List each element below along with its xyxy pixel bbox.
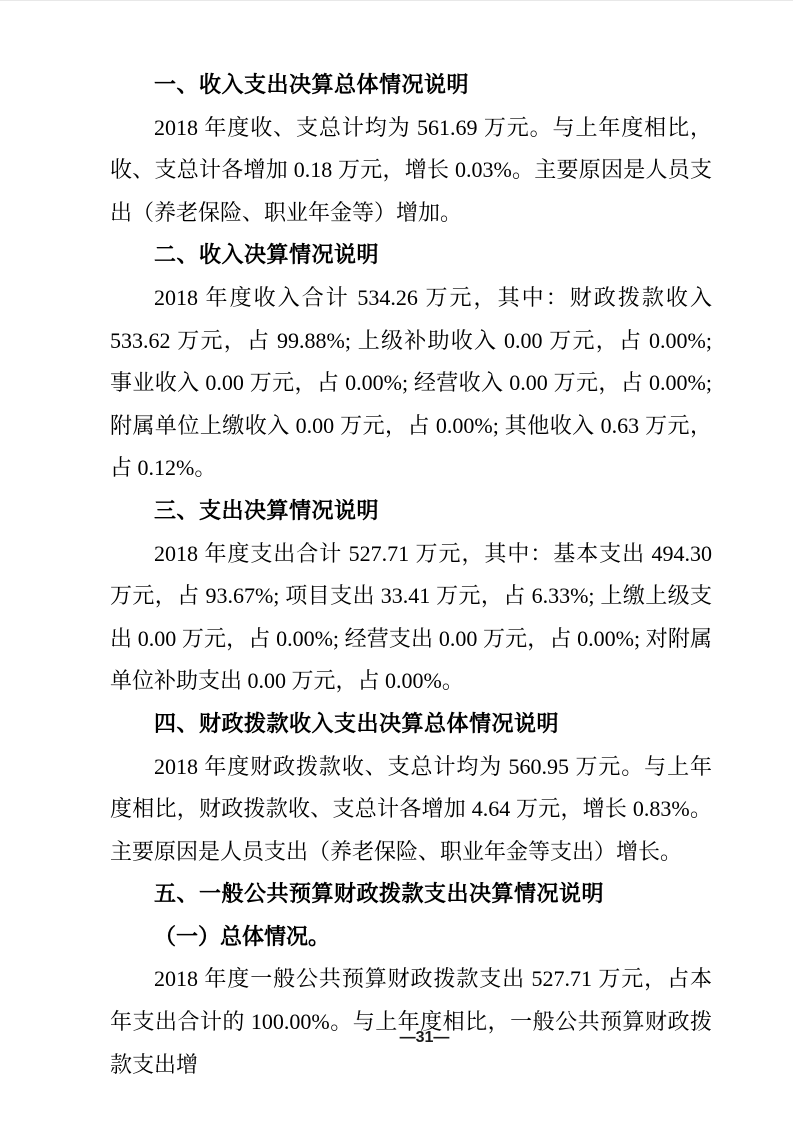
paragraph-fiscal-appropriation-summary: 2018 年度财政拨款收、支总计均为 560.95 万元。与上年度相比，财政拨款… (110, 746, 712, 874)
heading-income-summary: 二、收入决算情况说明 (110, 234, 712, 277)
heading-fiscal-appropriation-summary: 四、财政拨款收入支出决算总体情况说明 (110, 703, 712, 746)
section-general-public-budget-expense: 五、一般公共预算财政拨款支出决算情况说明 （一）总体情况。 2018 年度一般公… (110, 873, 712, 1086)
page-number: —31— (0, 1029, 793, 1047)
paragraph-income-summary: 2018 年度收入合计 534.26 万元，其中：财政拨款收入 533.62 万… (110, 277, 712, 490)
section-expense-summary: 三、支出决算情况说明 2018 年度支出合计 527.71 万元，其中：基本支出… (110, 490, 712, 703)
heading-general-public-budget-expense: 五、一般公共预算财政拨款支出决算情况说明 (110, 873, 712, 916)
section-income-summary: 二、收入决算情况说明 2018 年度收入合计 534.26 万元，其中：财政拨款… (110, 234, 712, 490)
paragraph-overall-budget-summary: 2018 年度收、支总计均为 561.69 万元。与上年度相比，收、支总计各增加… (110, 107, 712, 235)
heading-expense-summary: 三、支出决算情况说明 (110, 490, 712, 533)
subheading-overall-situation: （一）总体情况。 (110, 916, 712, 959)
section-overall-budget-summary: 一、收入支出决算总体情况说明 2018 年度收、支总计均为 561.69 万元。… (110, 64, 712, 234)
heading-overall-budget-summary: 一、收入支出决算总体情况说明 (110, 64, 712, 107)
document-page: 一、收入支出决算总体情况说明 2018 年度收、支总计均为 561.69 万元。… (0, 0, 793, 1122)
document-content: 一、收入支出决算总体情况说明 2018 年度收、支总计均为 561.69 万元。… (110, 64, 712, 1086)
section-fiscal-appropriation-summary: 四、财政拨款收入支出决算总体情况说明 2018 年度财政拨款收、支总计均为 56… (110, 703, 712, 873)
paragraph-general-public-budget-expense: 2018 年度一般公共预算财政拨款支出 527.71 万元，占本年支出合计的 1… (110, 958, 712, 1086)
paragraph-expense-summary: 2018 年度支出合计 527.71 万元，其中：基本支出 494.30 万元，… (110, 533, 712, 703)
